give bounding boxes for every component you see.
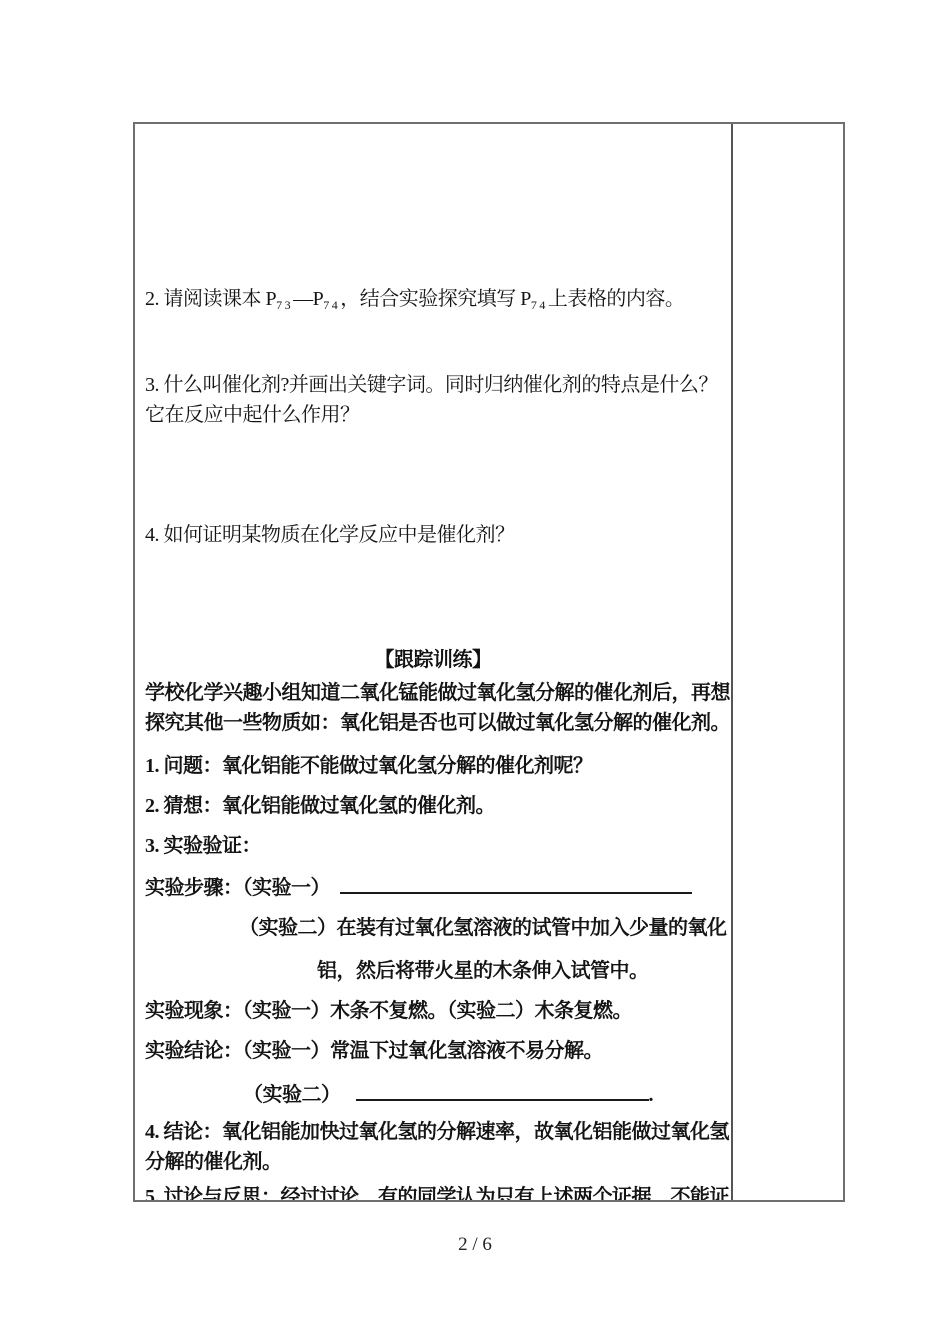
training-item-verification: 3. 实验验证： (145, 835, 261, 857)
training-item-hypothesis: 2. 猜想：氧化铝能做过氧化氢的催化剂。 (145, 795, 495, 817)
training-item-problem: 1. 问题：氧化铝能不能做过氧化氢分解的催化剂呢？ (145, 755, 593, 777)
page-number-indicator: 2 / 6 (0, 1234, 950, 1256)
table-cell-divider (731, 124, 733, 1200)
experiment-steps-exp2-line2: 铝，然后将带火星的木条伸入试管中。 (317, 960, 649, 982)
question-2-text: 2. 请阅读课本 P (145, 288, 276, 310)
experiment-steps-line: 实验步骤：（实验一） (145, 875, 692, 899)
training-section-heading: 【跟踪训练】 (135, 643, 731, 672)
experiment-conclusion-line1: 实验结论：（实验一）常温下过氧化氢溶液不易分解。 (145, 1040, 603, 1062)
training-intro-line1: 学校化学兴趣小组知道二氧化锰能做过氧化氢分解的催化剂后，再想 (145, 678, 730, 708)
training-intro: 学校化学兴趣小组知道二氧化锰能做过氧化氢分解的催化剂后，再想 探究其他一些物质如… (145, 678, 730, 738)
page-ref-subscript: 74 (531, 298, 548, 312)
conclusion-exp2-label: （实验二） (243, 1084, 341, 1106)
question-3-line2: 它在反应中起什么作用？ (145, 400, 718, 430)
question-2-text: —P (293, 288, 323, 310)
page-ref-subscript: 73 (276, 298, 293, 312)
question-2-text: 上表格的内容。 (548, 288, 685, 310)
experiment-steps-exp2-line1: （实验二）在装有过氧化氢溶液的试管中加入少量的氧化 (239, 917, 727, 939)
worksheet-page: 2. 请阅读课本 P73—P74，结合实验探究填写 P74上表格的内容。 3. … (0, 0, 950, 1344)
training-summary-line2: 分解的催化剂。 (145, 1147, 729, 1177)
worksheet-table: 2. 请阅读课本 P73—P74，结合实验探究填写 P74上表格的内容。 3. … (133, 122, 845, 1202)
training-item-reflection: 5. 讨论与反思：经过讨论，有的同学认为只有上述两个证据，不能证 (145, 1186, 729, 1202)
question-2-text: ，结合实验探究填写 P (340, 288, 531, 310)
question-4: 4. 如何证明某物质在化学反应中是催化剂？ (145, 524, 515, 546)
fill-in-blank-conclusion (356, 1082, 649, 1101)
experiment-conclusion-line2: （实验二）. (243, 1082, 653, 1106)
question-3: 3. 什么叫催化剂?并画出关键字词。同时归纳催化剂的特点是什么？ 它在反应中起什… (145, 370, 718, 430)
fill-in-blank-steps (340, 875, 692, 894)
question-2: 2. 请阅读课本 P73—P74，结合实验探究填写 P74上表格的内容。 (145, 288, 684, 316)
training-intro-line2: 探究其他一些物质如：氧化铝是否也可以做过氧化氢分解的催化剂。 (145, 708, 730, 738)
training-summary-line1: 4. 结论：氧化铝能加快过氧化氢的分解速率，故氧化铝能做过氧化氢 (145, 1117, 729, 1147)
training-item-summary: 4. 结论：氧化铝能加快过氧化氢的分解速率，故氧化铝能做过氧化氢 分解的催化剂。 (145, 1117, 729, 1177)
page-ref-subscript: 74 (323, 298, 340, 312)
question-3-line1: 3. 什么叫催化剂?并画出关键字词。同时归纳催化剂的特点是什么？ (145, 370, 718, 400)
conclusion-exp2-period: . (649, 1084, 654, 1106)
experiment-phenomena-line: 实验现象：（实验一）木条不复燃。（实验二）木条复燃。 (145, 1000, 632, 1022)
experiment-steps-label: 实验步骤：（实验一） (145, 877, 330, 899)
